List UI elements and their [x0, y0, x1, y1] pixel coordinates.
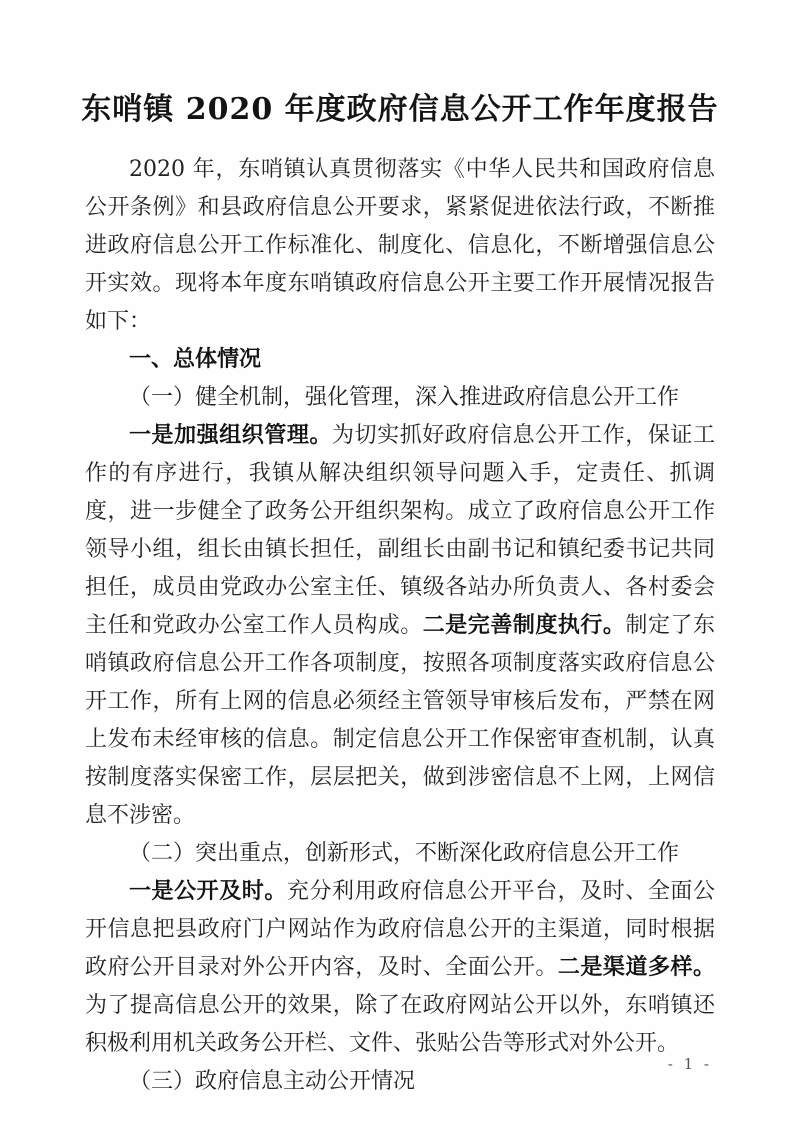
text-segment: 一是加强组织管理。 [129, 423, 332, 448]
document-title: 东哨镇 2020 年度政府信息公开工作年度报告 [0, 0, 800, 132]
text-segment: 为了提高信息公开的效果，除了在政府网站公开以外，东哨镇还积极利用机关政务公开栏、… [85, 993, 715, 1056]
text-segment: 二是渠道多样。 [558, 955, 715, 980]
paragraph: 一是公开及时。充分利用政府信息公开平台，及时、全面公开信息把县政府门户网站作为政… [85, 873, 715, 1063]
text-segment: 一、总体情况 [129, 347, 261, 372]
text-segment: （三）政府信息主动公开情况 [129, 1069, 415, 1094]
section-heading: （二）突出重点，创新形式，不断深化政府信息公开工作 [85, 835, 715, 873]
page-number: - 1 - [668, 1054, 712, 1074]
text-segment: 2020 年，东哨镇认真贯彻落实《中华人民共和国政府信息公开条例》和县政府信息公… [85, 157, 715, 334]
section-heading: （三）政府信息主动公开情况 [85, 1063, 715, 1101]
text-segment: 一是公开及时。 [129, 879, 287, 904]
text-segment: 二是完善制度执行。 [423, 613, 626, 638]
paragraph: 2020 年，东哨镇认真贯彻落实《中华人民共和国政府信息公开条例》和县政府信息公… [85, 151, 715, 341]
paragraph: 一是加强组织管理。为切实抓好政府信息公开工作，保证工作的有序进行，我镇从解决组织… [85, 417, 715, 835]
section-heading: （一）健全机制，强化管理，深入推进政府信息公开工作 [85, 379, 715, 417]
text-segment: 制定了东哨镇政府信息公开工作各项制度，按照各项制度落实政府信息公开工作，所有上网… [85, 613, 715, 828]
text-segment: （二）突出重点，创新形式，不断深化政府信息公开工作 [129, 841, 679, 866]
document-page: 东哨镇 2020 年度政府信息公开工作年度报告 2020 年，东哨镇认真贯彻落实… [0, 0, 800, 1130]
text-segment: （一）健全机制，强化管理，深入推进政府信息公开工作 [129, 385, 679, 410]
document-body: 2020 年，东哨镇认真贯彻落实《中华人民共和国政府信息公开条例》和县政府信息公… [85, 151, 715, 1101]
text-segment: 为切实抓好政府信息公开工作，保证工作的有序进行，我镇从解决组织领导问题入手，定责… [85, 423, 715, 638]
section-heading: 一、总体情况 [85, 341, 715, 379]
